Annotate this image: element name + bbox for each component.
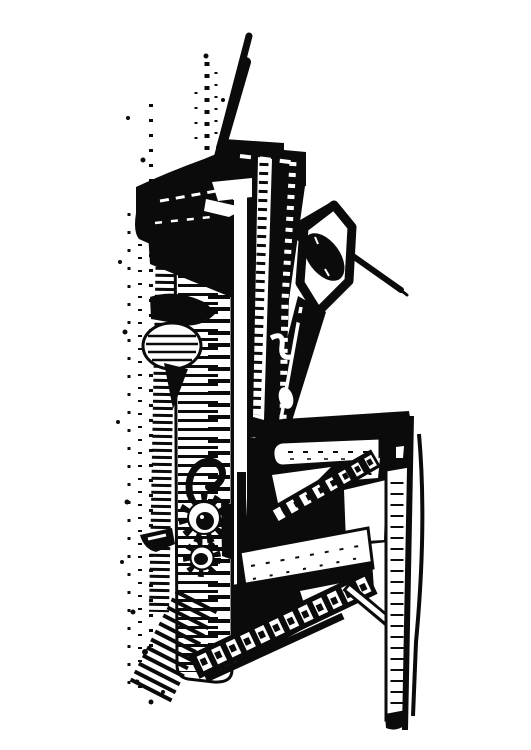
eye-glint-dot [318, 230, 321, 233]
speckle-dot [221, 98, 225, 102]
plank-top-notch [396, 446, 404, 458]
engraving-figure [0, 0, 531, 750]
speckle-dot [120, 560, 124, 564]
speckle-dot [118, 260, 122, 264]
speckle-dot [149, 700, 154, 705]
speckle-dot [141, 158, 146, 163]
speckle-dot [204, 54, 209, 59]
pawl-tip [205, 483, 213, 491]
speckle-dot [131, 610, 136, 615]
large-gear-hub [196, 512, 214, 530]
speckle-dot [116, 420, 120, 424]
small-gear-hub [194, 553, 208, 565]
speckle-dot [126, 116, 130, 120]
lever-pivot-dot [295, 313, 305, 323]
eye-glint-dot [311, 279, 315, 283]
machine-illustration [0, 0, 531, 750]
beam-top-face [212, 178, 252, 201]
speckle-dot [125, 500, 130, 505]
speckle-dot [123, 330, 128, 335]
speckle-dot [142, 649, 148, 655]
knob-round-face [143, 323, 201, 369]
large-gear-hub-glint [200, 515, 204, 519]
